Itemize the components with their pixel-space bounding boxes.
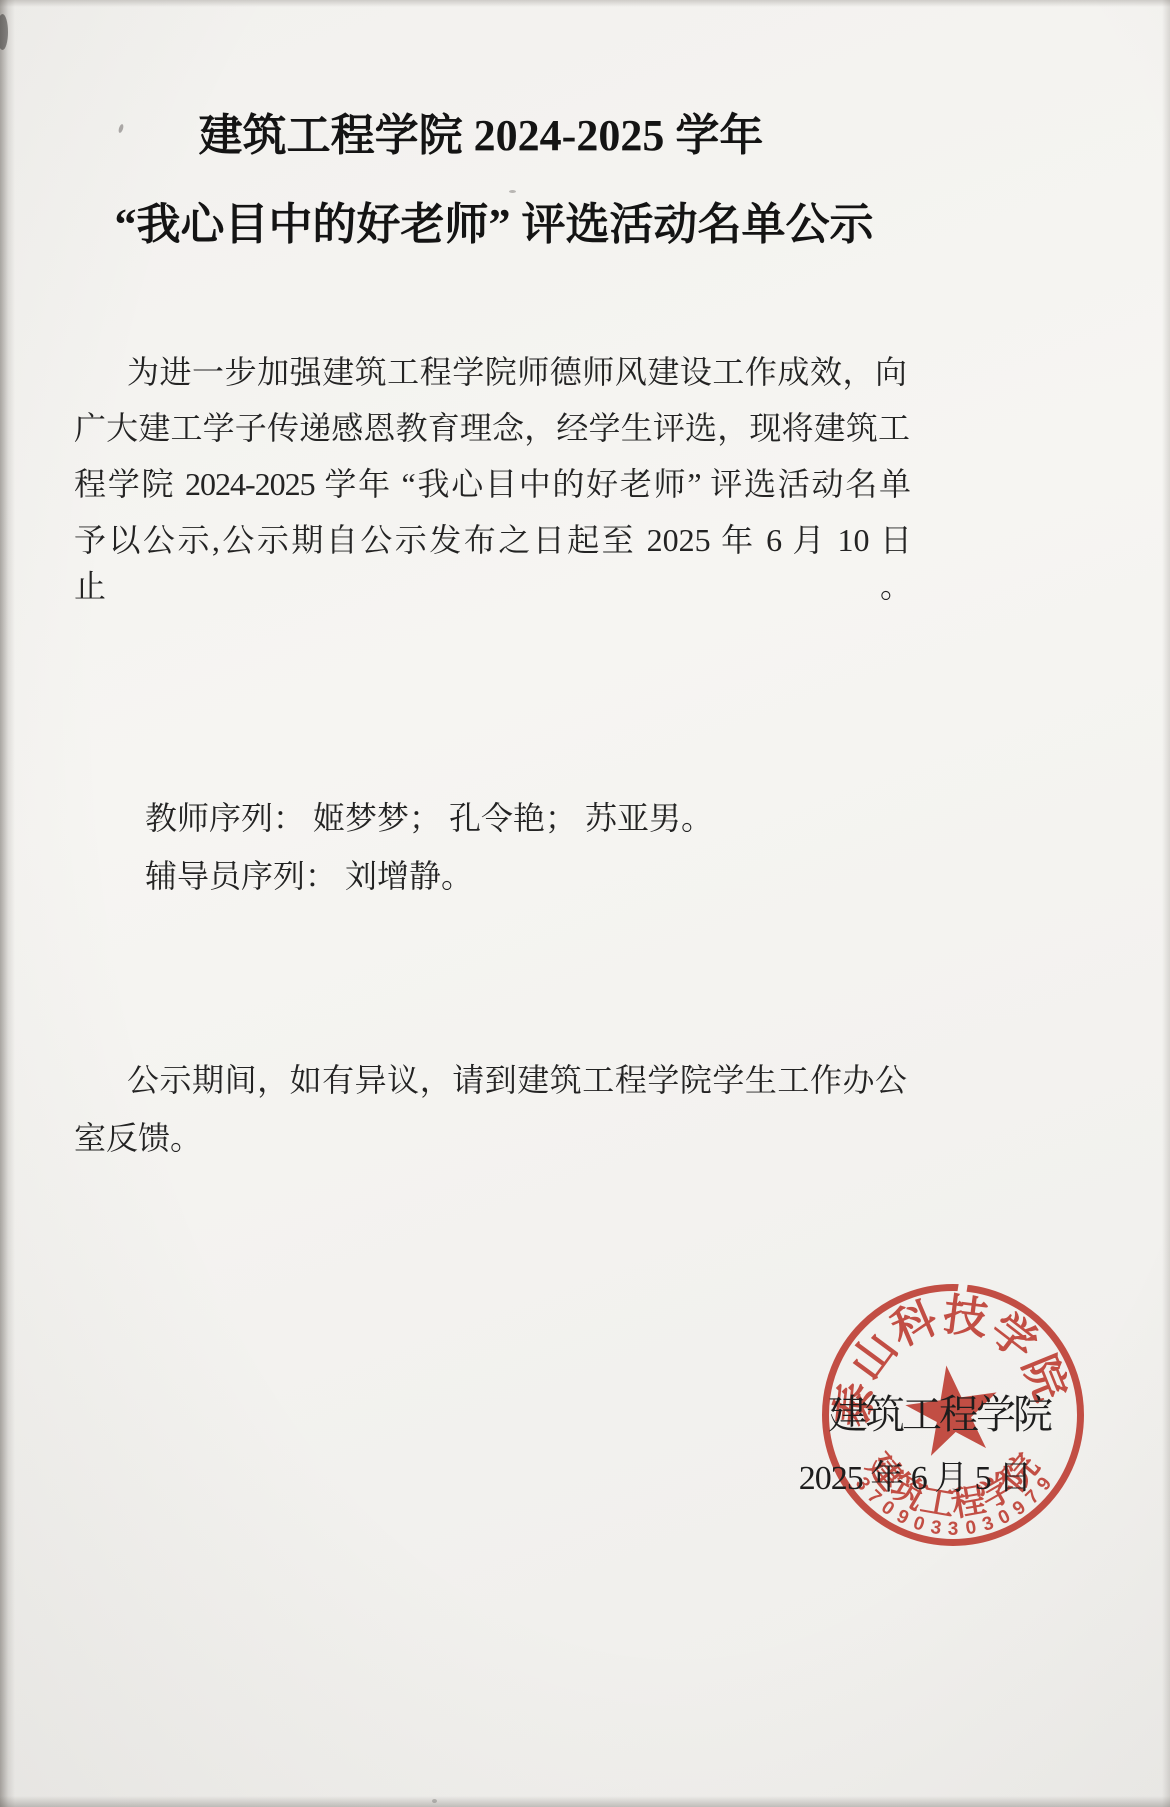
teacher-list-line: 教师序列： 姬梦梦； 孔令艳； 苏亚男。 bbox=[145, 795, 713, 841]
paper-edge-right bbox=[1162, 0, 1170, 1807]
document-title-line-2: “我心目中的好老师” 评选活动名单公示 bbox=[0, 192, 988, 258]
paragraph-1-line-2: 广大建工学子传递感恩教育理念，经学生评选，现将建筑工 bbox=[74, 405, 910, 451]
paper-edge-left bbox=[0, 0, 15, 1807]
paper-speck bbox=[432, 1799, 437, 1803]
signature-department: 建筑工程学院 bbox=[828, 1383, 1050, 1440]
paper-edge-top bbox=[0, 0, 1170, 7]
document-title-line-1: 建筑工程学院 2024-2025 学年 bbox=[0, 103, 962, 169]
document-page: 建筑工程学院 2024-2025 学年 “我心目中的好老师” 评选活动名单公示 … bbox=[0, 0, 1170, 1807]
paragraph-1-line-4: 予以公示,公示期自公示发布之日起至 2025 年 6 月 10 日止。 bbox=[74, 517, 912, 609]
paragraph-1-line-1: 为进一步加强建筑工程学院师德师风建设工作成效，向 bbox=[127, 349, 907, 395]
counselor-list-line: 辅导员序列： 刘增静。 bbox=[145, 853, 473, 899]
signature-date: 2025 年 6 月 5 日 bbox=[762, 1450, 1068, 1499]
paragraph-2-line-1: 公示期间，如有异议，请到建筑工程学院学生工作办公 bbox=[127, 1057, 907, 1103]
paper-edge-bottom bbox=[0, 1796, 1170, 1807]
paragraph-2-line-2: 室反馈。 bbox=[74, 1115, 202, 1161]
paragraph-1-line-3: 程学院 2024-2025 学年 “我心目中的好老师” 评选活动名单 bbox=[74, 461, 910, 507]
